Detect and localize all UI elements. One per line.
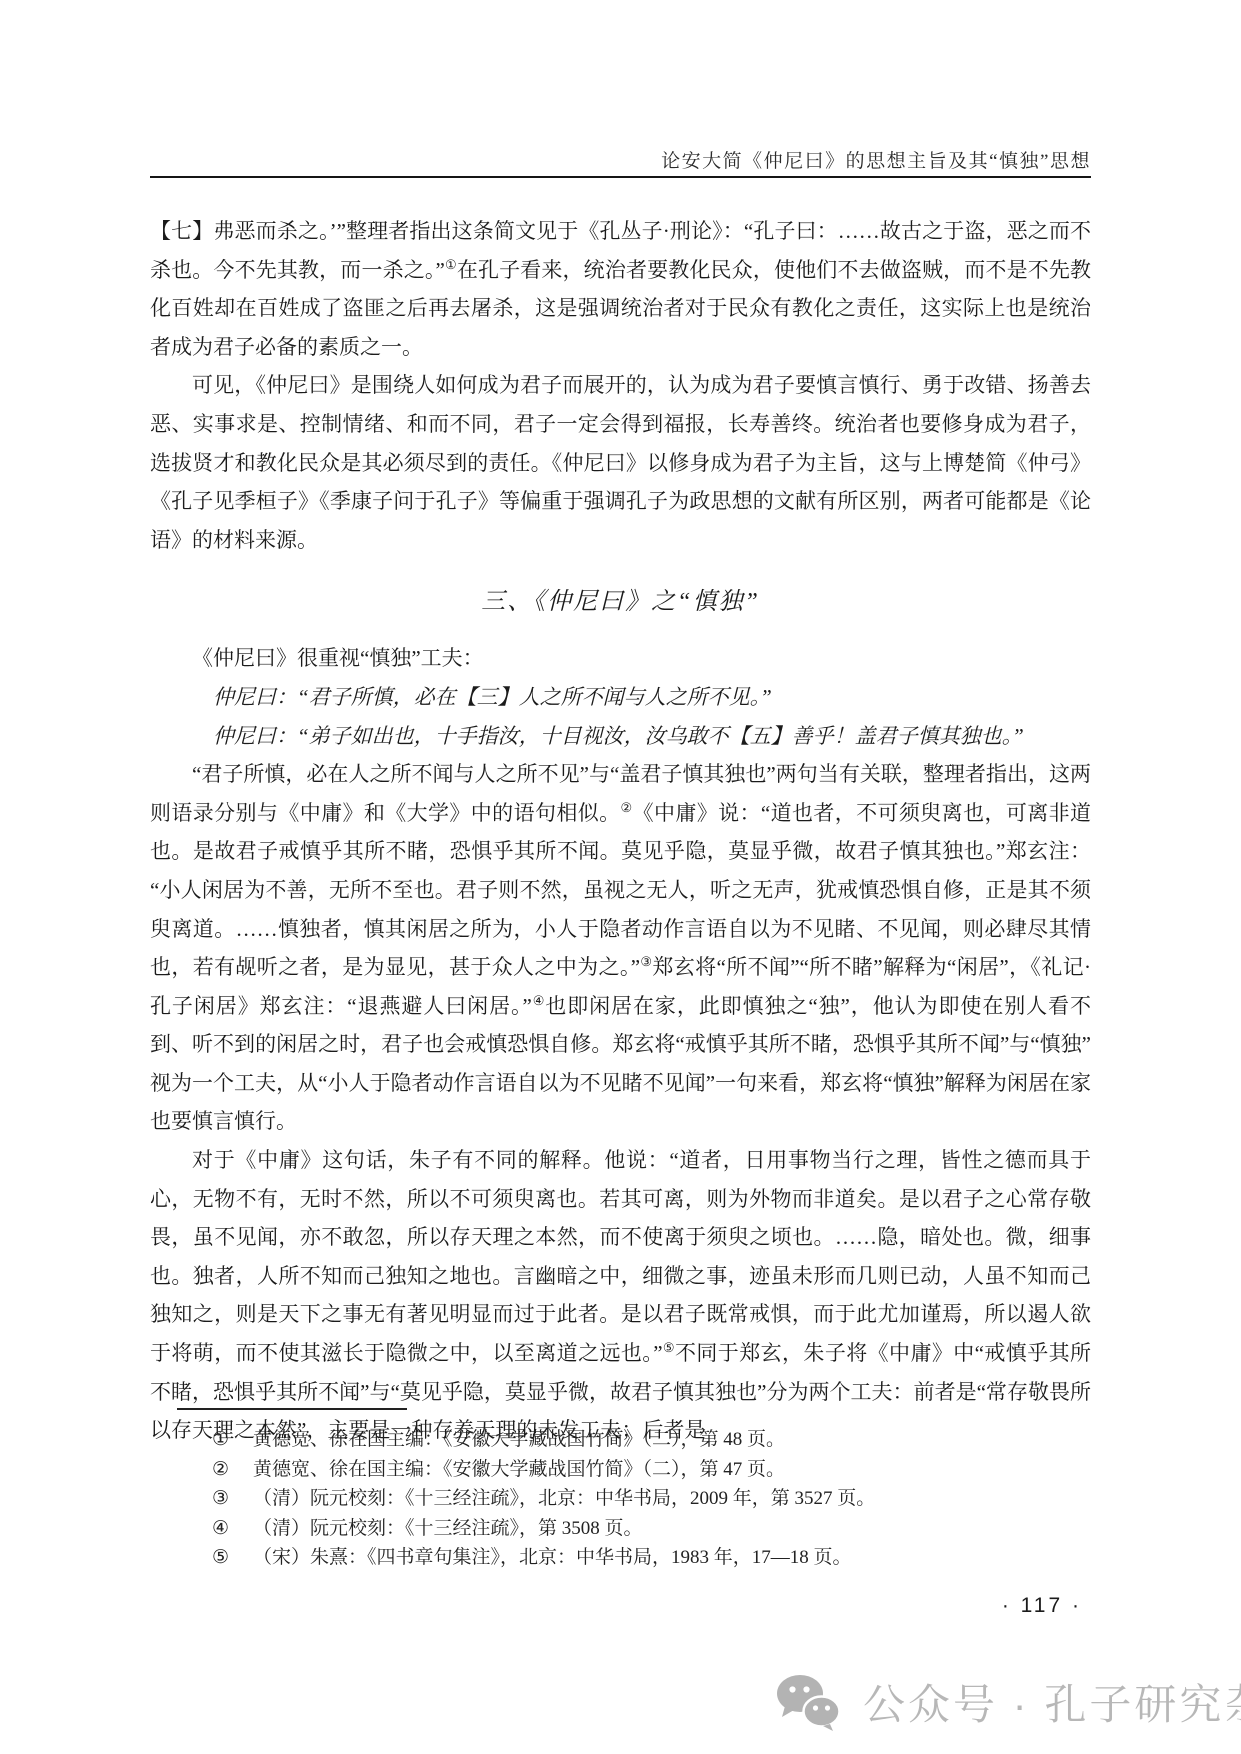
wechat-icon	[775, 1673, 841, 1731]
footnote-text: （宋）朱熹：《四书章句集注》，北京：中华书局，1983 年，17—18 页。	[253, 1547, 852, 1568]
paragraph: 【七】弗恶而杀之。’”整理者指出这条简文见于《孔丛子·刑论》：“孔子曰：……故古…	[150, 212, 1091, 366]
paragraph: 《仲尼曰》很重视“慎独”工夫：	[150, 639, 1091, 678]
footnote-text: （清）阮元校刻：《十三经注疏》，北京：中华书局，2009 年，第 3527 页。	[253, 1488, 875, 1509]
footnote-item: ③（清）阮元校刻：《十三经注疏》，北京：中华书局，2009 年，第 3527 页…	[150, 1484, 1091, 1514]
footnote-number: ④	[212, 1514, 229, 1544]
footnotes-block: ①黄德宽、徐在国主编：《安徽大学藏战国竹简》（二），第 48 页。②黄德宽、徐在…	[150, 1408, 1091, 1573]
footnote-number: ③	[212, 1484, 229, 1514]
section-heading: 三、《仲尼曰》之“慎独”	[150, 582, 1091, 622]
header-rule	[150, 176, 1091, 178]
quote-line: 仲尼曰：“弟子如出也，十手指汝，十目视汝，汝乌敢不【五】善乎！盖君子慎其独也。”	[150, 717, 1091, 756]
paragraph: “君子所慎，必在人之所不闻与人之所不见”与“盖君子慎其独也”两句当有关联，整理者…	[150, 755, 1091, 1141]
page-number: · 117 ·	[150, 1594, 1082, 1618]
watermark: 公众号 · 孔子研究杂志	[775, 1672, 1241, 1732]
watermark-text: 公众号 · 孔子研究杂志	[863, 1672, 1241, 1732]
footnote-text: （清）阮元校刻：《十三经注疏》，第 3508 页。	[253, 1518, 643, 1539]
footnote-item: ④（清）阮元校刻：《十三经注疏》，第 3508 页。	[150, 1514, 1091, 1544]
footnote-ref: ③	[640, 954, 652, 969]
footnote-ref: ④	[532, 993, 546, 1008]
footnote-text: 黄德宽、徐在国主编：《安徽大学藏战国竹简》（二），第 48 页。	[253, 1429, 785, 1450]
footnote-item: ①黄德宽、徐在国主编：《安徽大学藏战国竹简》（二），第 48 页。	[150, 1425, 1091, 1455]
footnote-item: ②黄德宽、徐在国主编：《安徽大学藏战国竹简》（二），第 47 页。	[150, 1455, 1091, 1485]
quote-line: 仲尼曰：“君子所慎，必在【三】人之所不闻与人之所不见。”	[150, 678, 1091, 717]
article-body: 【七】弗恶而杀之。’”整理者指出这条简文见于《孔丛子·刑论》：“孔子曰：……故古…	[150, 212, 1091, 1450]
running-header: 论安大简《仲尼曰》的思想主旨及其“慎独”思想	[150, 146, 1091, 173]
footnote-ref: ①	[445, 257, 457, 272]
journal-page: 论安大简《仲尼曰》的思想主旨及其“慎独”思想 【七】弗恶而杀之。’”整理者指出这…	[0, 0, 1241, 1754]
footnote-number: ⑤	[212, 1543, 229, 1573]
footnote-number: ②	[212, 1455, 229, 1485]
footnote-item: ⑤（宋）朱熹：《四书章句集注》，北京：中华书局，1983 年，17—18 页。	[150, 1543, 1091, 1573]
footnote-ref: ⑤	[663, 1340, 675, 1355]
footnote-ref: ②	[621, 800, 633, 815]
paragraph: 对于《中庸》这句话，朱子有不同的解释。他说：“道者，日用事物当行之理，皆性之德而…	[150, 1141, 1091, 1450]
paragraph: 可见，《仲尼曰》是围绕人如何成为君子而展开的，认为成为君子要慎言慎行、勇于改错、…	[150, 366, 1091, 559]
footnote-text: 黄德宽、徐在国主编：《安徽大学藏战国竹简》（二），第 47 页。	[253, 1459, 785, 1480]
footnote-divider	[177, 1408, 407, 1410]
footnote-list: ①黄德宽、徐在国主编：《安徽大学藏战国竹简》（二），第 48 页。②黄德宽、徐在…	[150, 1425, 1091, 1573]
footnote-number: ①	[212, 1425, 229, 1455]
